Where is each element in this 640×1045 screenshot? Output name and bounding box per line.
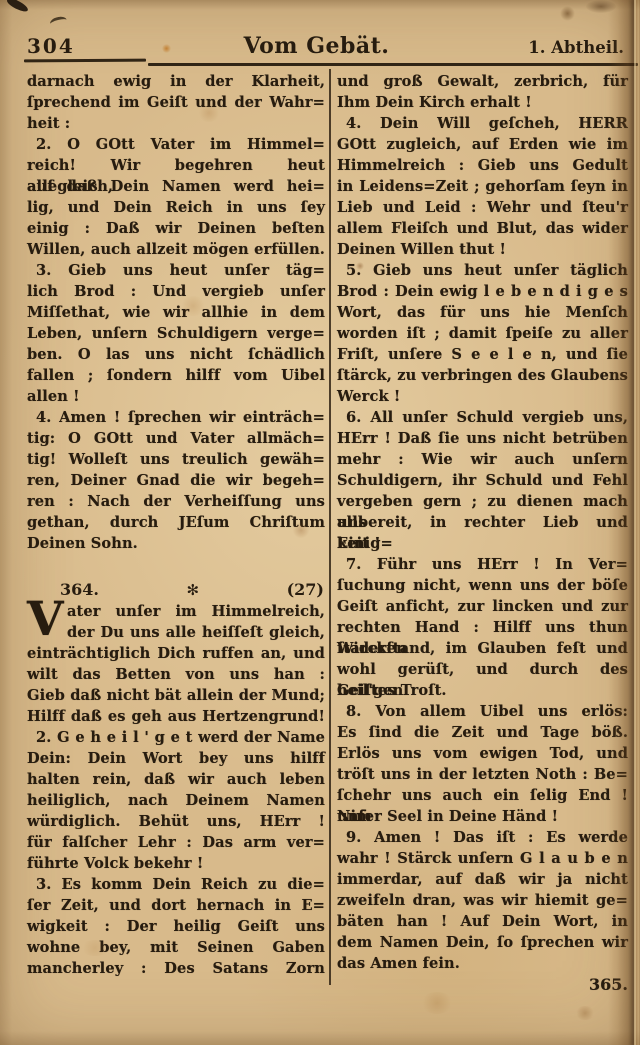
text-line: allem Fleiſch und Blut, das wider bbox=[337, 218, 628, 239]
text-line: 9. Amen ! Das iſt : Es werde bbox=[337, 827, 628, 848]
text-line: rechten Hand : Hilff uns thun ſtarcken bbox=[337, 617, 628, 638]
text-line: Hilff daß es geh aus Hertzengrund! bbox=[27, 706, 325, 727]
text-line: ſprechend im Geiſt und der Wahr= bbox=[27, 92, 325, 113]
text-line: Deinen Willen thut ! bbox=[337, 239, 628, 260]
text-line: ben. O las uns nicht ſchädlich bbox=[27, 344, 325, 365]
text-line: Schuldigern, ihr Schuld und Fehl bbox=[337, 470, 628, 491]
text-line: dem Namen Dein, ſo ſprechen wir bbox=[337, 932, 628, 953]
text-line: 2. G e h e i l ' g e t werd der Name bbox=[27, 727, 325, 748]
ink-mark-top-left bbox=[5, 0, 29, 14]
text-line: ren, Deiner Gnad die wir begeh= bbox=[27, 470, 325, 491]
hymn-number: 364. bbox=[60, 580, 99, 599]
text-line: Geiſtes Troſt. bbox=[337, 680, 628, 701]
text-line: HErr ! Daß ſie uns nicht betrüben bbox=[337, 428, 628, 449]
drop-cap-letter: V bbox=[27, 601, 67, 643]
text-line: tig: O GOtt und Vater allmäch= bbox=[27, 428, 325, 449]
hymn-opening: V ater unſer im Himmelreich,der Du uns a… bbox=[27, 601, 325, 643]
text-line: keit ! bbox=[337, 533, 628, 554]
text-line: ater unſer im Himmelreich, bbox=[27, 601, 325, 622]
text-line: der Du uns alle heiſſeſt gleich, bbox=[27, 622, 325, 643]
text-line: GOtt zugleich, auf Erden wie im bbox=[337, 134, 628, 155]
hymn-heading: 364. ✻ (27) bbox=[27, 580, 325, 601]
text-line: tröſt uns in der letzten Noth : Be= bbox=[337, 764, 628, 785]
text-line: 7. Führ uns HErr ! In Ver= bbox=[337, 554, 628, 575]
text-line: würdiglich. Behüt uns, HErr ! bbox=[27, 811, 325, 832]
text-line: allbereit, in rechter Lieb und Einig= bbox=[337, 512, 628, 533]
ink-stain bbox=[586, 0, 616, 13]
text-line: 3. Gieb uns heut unſer täg= bbox=[27, 260, 325, 281]
text-line: 4. Amen ! ſprechen wir einträch= bbox=[27, 407, 325, 428]
text-line: Himmelreich : Gieb uns Gedult bbox=[337, 155, 628, 176]
text-line: wigkeit : Der heilig Geiſt uns bbox=[27, 916, 325, 937]
text-line: Werck ! bbox=[337, 386, 628, 407]
text-line: fallen ; ſondern hilff vom Uibel bbox=[27, 365, 325, 386]
ink-stain bbox=[560, 6, 575, 21]
left-text-block-2: einträchtiglich Dich ruffen an, undwilt … bbox=[27, 643, 325, 979]
text-line: einig : Daß wir Deinen beſten bbox=[27, 218, 325, 239]
section-label: 1. Abtheil. bbox=[528, 38, 624, 57]
text-line: Gieb daß nicht bät allein der Mund; bbox=[27, 685, 325, 706]
column-divider bbox=[329, 69, 331, 985]
next-page-number: 365. bbox=[337, 975, 628, 994]
text-line: lig, und Dein Reich in uns ſey bbox=[27, 197, 325, 218]
text-line: Geiſt anficht, zur lincken und zur bbox=[337, 596, 628, 617]
text-line: führte Volck bekehr ! bbox=[27, 853, 325, 874]
page-header: 304 Vom Gebät. 1. Abtheil. bbox=[27, 33, 624, 59]
header-rule-left bbox=[24, 59, 146, 62]
text-line: lich Brod : Und vergieb unſer bbox=[27, 281, 325, 302]
running-title: Vom Gebät. bbox=[244, 33, 390, 59]
text-line: Erlös uns vom ewigen Tod, und bbox=[337, 743, 628, 764]
text-line: mancherley : Des Satans Zorn bbox=[27, 958, 325, 979]
text-line: ſchehr uns auch ein ſelig End ! Nim̄ bbox=[337, 785, 628, 806]
text-line: vergeben gern ; zu dienen mach uns bbox=[337, 491, 628, 512]
text-line: Es ſind die Zeit und Tage böß. bbox=[337, 722, 628, 743]
text-line: ſtärck, zu verbringen des Glaubens bbox=[337, 365, 628, 386]
text-line: Widerſtand, im Glauben feſt und bbox=[337, 638, 628, 659]
text-line: Miſſethat, wie wir allhie in dem bbox=[27, 302, 325, 323]
text-line: zweifeln dran, was wir hiemit ge= bbox=[337, 890, 628, 911]
text-line: wohne bey, mit Seinen Gaben bbox=[27, 937, 325, 958]
text-line: Willen, auch allzeit mögen erfüllen. bbox=[27, 239, 325, 260]
text-line: und groß Gewalt, zerbrich, für bbox=[337, 71, 628, 92]
text-line: worden iſt ; damit ſpeiſe zu aller bbox=[337, 323, 628, 344]
right-column: und groß Gewalt, zerbrich, fürIhm Dein K… bbox=[337, 71, 628, 994]
text-line: ren : Nach der Verheiſſung uns bbox=[27, 491, 325, 512]
text-line: mehr : Wie wir auch unſern bbox=[337, 449, 628, 470]
text-line: 6. All unſer Schuld vergieb uns, bbox=[337, 407, 628, 428]
text-line: Friſt, unſere S e e l e n, und ſie bbox=[337, 344, 628, 365]
right-text-block-1: und groß Gewalt, zerbrich, fürIhm Dein K… bbox=[337, 71, 628, 974]
text-line: in Leidens=Zeit ; gehorſam ſeyn in bbox=[337, 176, 628, 197]
text-line: ſuchung nicht, wenn uns der böſe bbox=[337, 575, 628, 596]
text-line: tig! Wolleſt uns treulich gewäh= bbox=[27, 449, 325, 470]
text-line: 4. Dein Will geſcheh, HERR bbox=[337, 113, 628, 134]
text-line: heiliglich, nach Deinem Namen bbox=[27, 790, 325, 811]
hymn-ornament-icon: ✻ bbox=[99, 581, 287, 599]
foxing-spot bbox=[420, 992, 454, 1014]
text-line: für falſcher Lehr : Das arm ver= bbox=[27, 832, 325, 853]
text-line: Brod : Dein ewig l e b e n d i g e s bbox=[337, 281, 628, 302]
text-line: Wort, das für uns hie Menſch bbox=[337, 302, 628, 323]
book-page: { "colors": { "paper": "#d8ba8b", "ink":… bbox=[0, 0, 640, 1045]
stray-pen-mark bbox=[49, 15, 68, 29]
text-line: das Amen fein. bbox=[337, 953, 628, 974]
hymn-index: (27) bbox=[287, 580, 324, 599]
text-line: ſer Zeit, und dort hernach in E= bbox=[27, 895, 325, 916]
text-line: 3. Es komm Dein Reich zu die= bbox=[27, 874, 325, 895]
text-line: 5. Gieb uns heut unſer täglich bbox=[337, 260, 628, 281]
header-rule-main bbox=[148, 63, 638, 66]
text-line: halten rein, daß wir auch leben bbox=[27, 769, 325, 790]
text-line: allen ! bbox=[27, 386, 325, 407]
text-line: gethan, durch JEſum Chriſtum bbox=[27, 512, 325, 533]
text-line: bäten han ! Auf Dein Wort, in bbox=[337, 911, 628, 932]
text-line: einträchtiglich Dich ruffen an, und bbox=[27, 643, 325, 664]
text-line: Lieb und Leid : Wehr und ſteu'r bbox=[337, 197, 628, 218]
text-line: heit : bbox=[27, 113, 325, 134]
text-line: Dein: Dein Wort bey uns hilff bbox=[27, 748, 325, 769]
text-line: 8. Von allem Uibel uns erlös: bbox=[337, 701, 628, 722]
text-line: 2. O GOtt Vater im Himmel= bbox=[27, 134, 325, 155]
foxing-spot bbox=[575, 1006, 595, 1020]
left-column: darnach ewig in der Klarheit,ſprechend i… bbox=[27, 71, 325, 979]
text-line: unſer Seel in Deine Händ ! bbox=[337, 806, 628, 827]
text-line: Ihm Dein Kirch erhalt ! bbox=[337, 92, 628, 113]
page-number: 304 bbox=[27, 34, 75, 58]
text-line: wohl gerüſt, und durch des heil'gen bbox=[337, 659, 628, 680]
text-line: darnach ewig in der Klarheit, bbox=[27, 71, 325, 92]
text-line: Leben, unſern Schuldigern verge= bbox=[27, 323, 325, 344]
text-line: wahr ! Stärck unſern G l a u b e n bbox=[337, 848, 628, 869]
text-line: wilt das Betten von uns han : bbox=[27, 664, 325, 685]
left-text-block-1: darnach ewig in der Klarheit,ſprechend i… bbox=[27, 71, 325, 554]
text-line: reich! Wir begehren heut allegleich, bbox=[27, 155, 325, 176]
drop-cap-lines: ater unſer im Himmelreich,der Du uns all… bbox=[27, 601, 325, 643]
text-line: auf daß Dein Namen werd hei= bbox=[27, 176, 325, 197]
text-line: Deinen Sohn. bbox=[27, 533, 325, 554]
page-edge-crease bbox=[634, 0, 636, 1045]
text-line: immerdar, auf daß wir ja nicht bbox=[337, 869, 628, 890]
